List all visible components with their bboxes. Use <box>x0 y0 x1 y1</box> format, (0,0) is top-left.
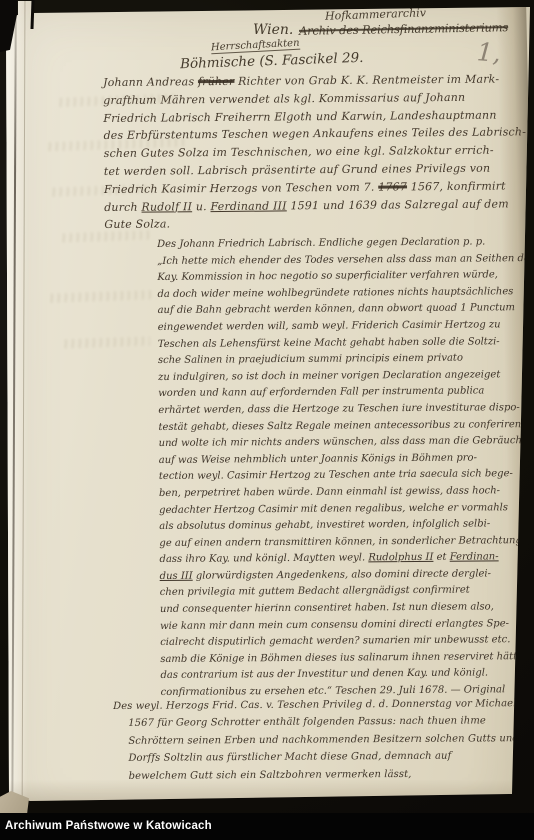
archive-watermark-label: Archiwum Państwowe w Katowicach <box>0 813 534 840</box>
watermark-bar: Archiwum Państwowe w Katowicach <box>0 813 534 840</box>
manuscript-paragraph-3: Des weyl. Herzogs Frid. Cas. v. Teschen … <box>113 695 526 785</box>
header-fonds-line: Böhmische (S. Fascikel 29. <box>180 50 364 72</box>
manuscript-page: Wien. Hofkammerarchiv Archiv des Reichsf… <box>0 0 534 840</box>
archival-scan-photo: Wien. Hofkammerarchiv Archiv des Reichsf… <box>0 0 534 840</box>
show-through-marks <box>60 336 150 348</box>
manuscript-line: und wolte ich mir nichts anders wünschen… <box>159 433 534 453</box>
manuscript-line: bewelchem Gutt sich ein Saltzbohren verm… <box>128 765 525 785</box>
show-through-marks <box>46 290 156 303</box>
manuscript-paragraph-1: Johann Andreas früher Richter von Grab K… <box>103 70 527 234</box>
manuscript-line: Teschen als Lehensfürst keine Macht geha… <box>158 334 534 354</box>
pencil-page-number: 1, <box>476 37 502 68</box>
header-city-label: Wien. <box>253 22 293 38</box>
header-archive-struck-label: Archiv des Reichsfinanzministeriums <box>299 20 508 38</box>
manuscript-line: Schröttern seinen Erben und nachkommende… <box>128 730 525 750</box>
manuscript-paragraph-2: Des Johann Friedrich Labrisch. Endliche … <box>157 234 534 702</box>
manuscript-line: Gute Solza. <box>104 213 527 234</box>
header-archive-correction: Hofkammerarchiv <box>325 6 426 23</box>
